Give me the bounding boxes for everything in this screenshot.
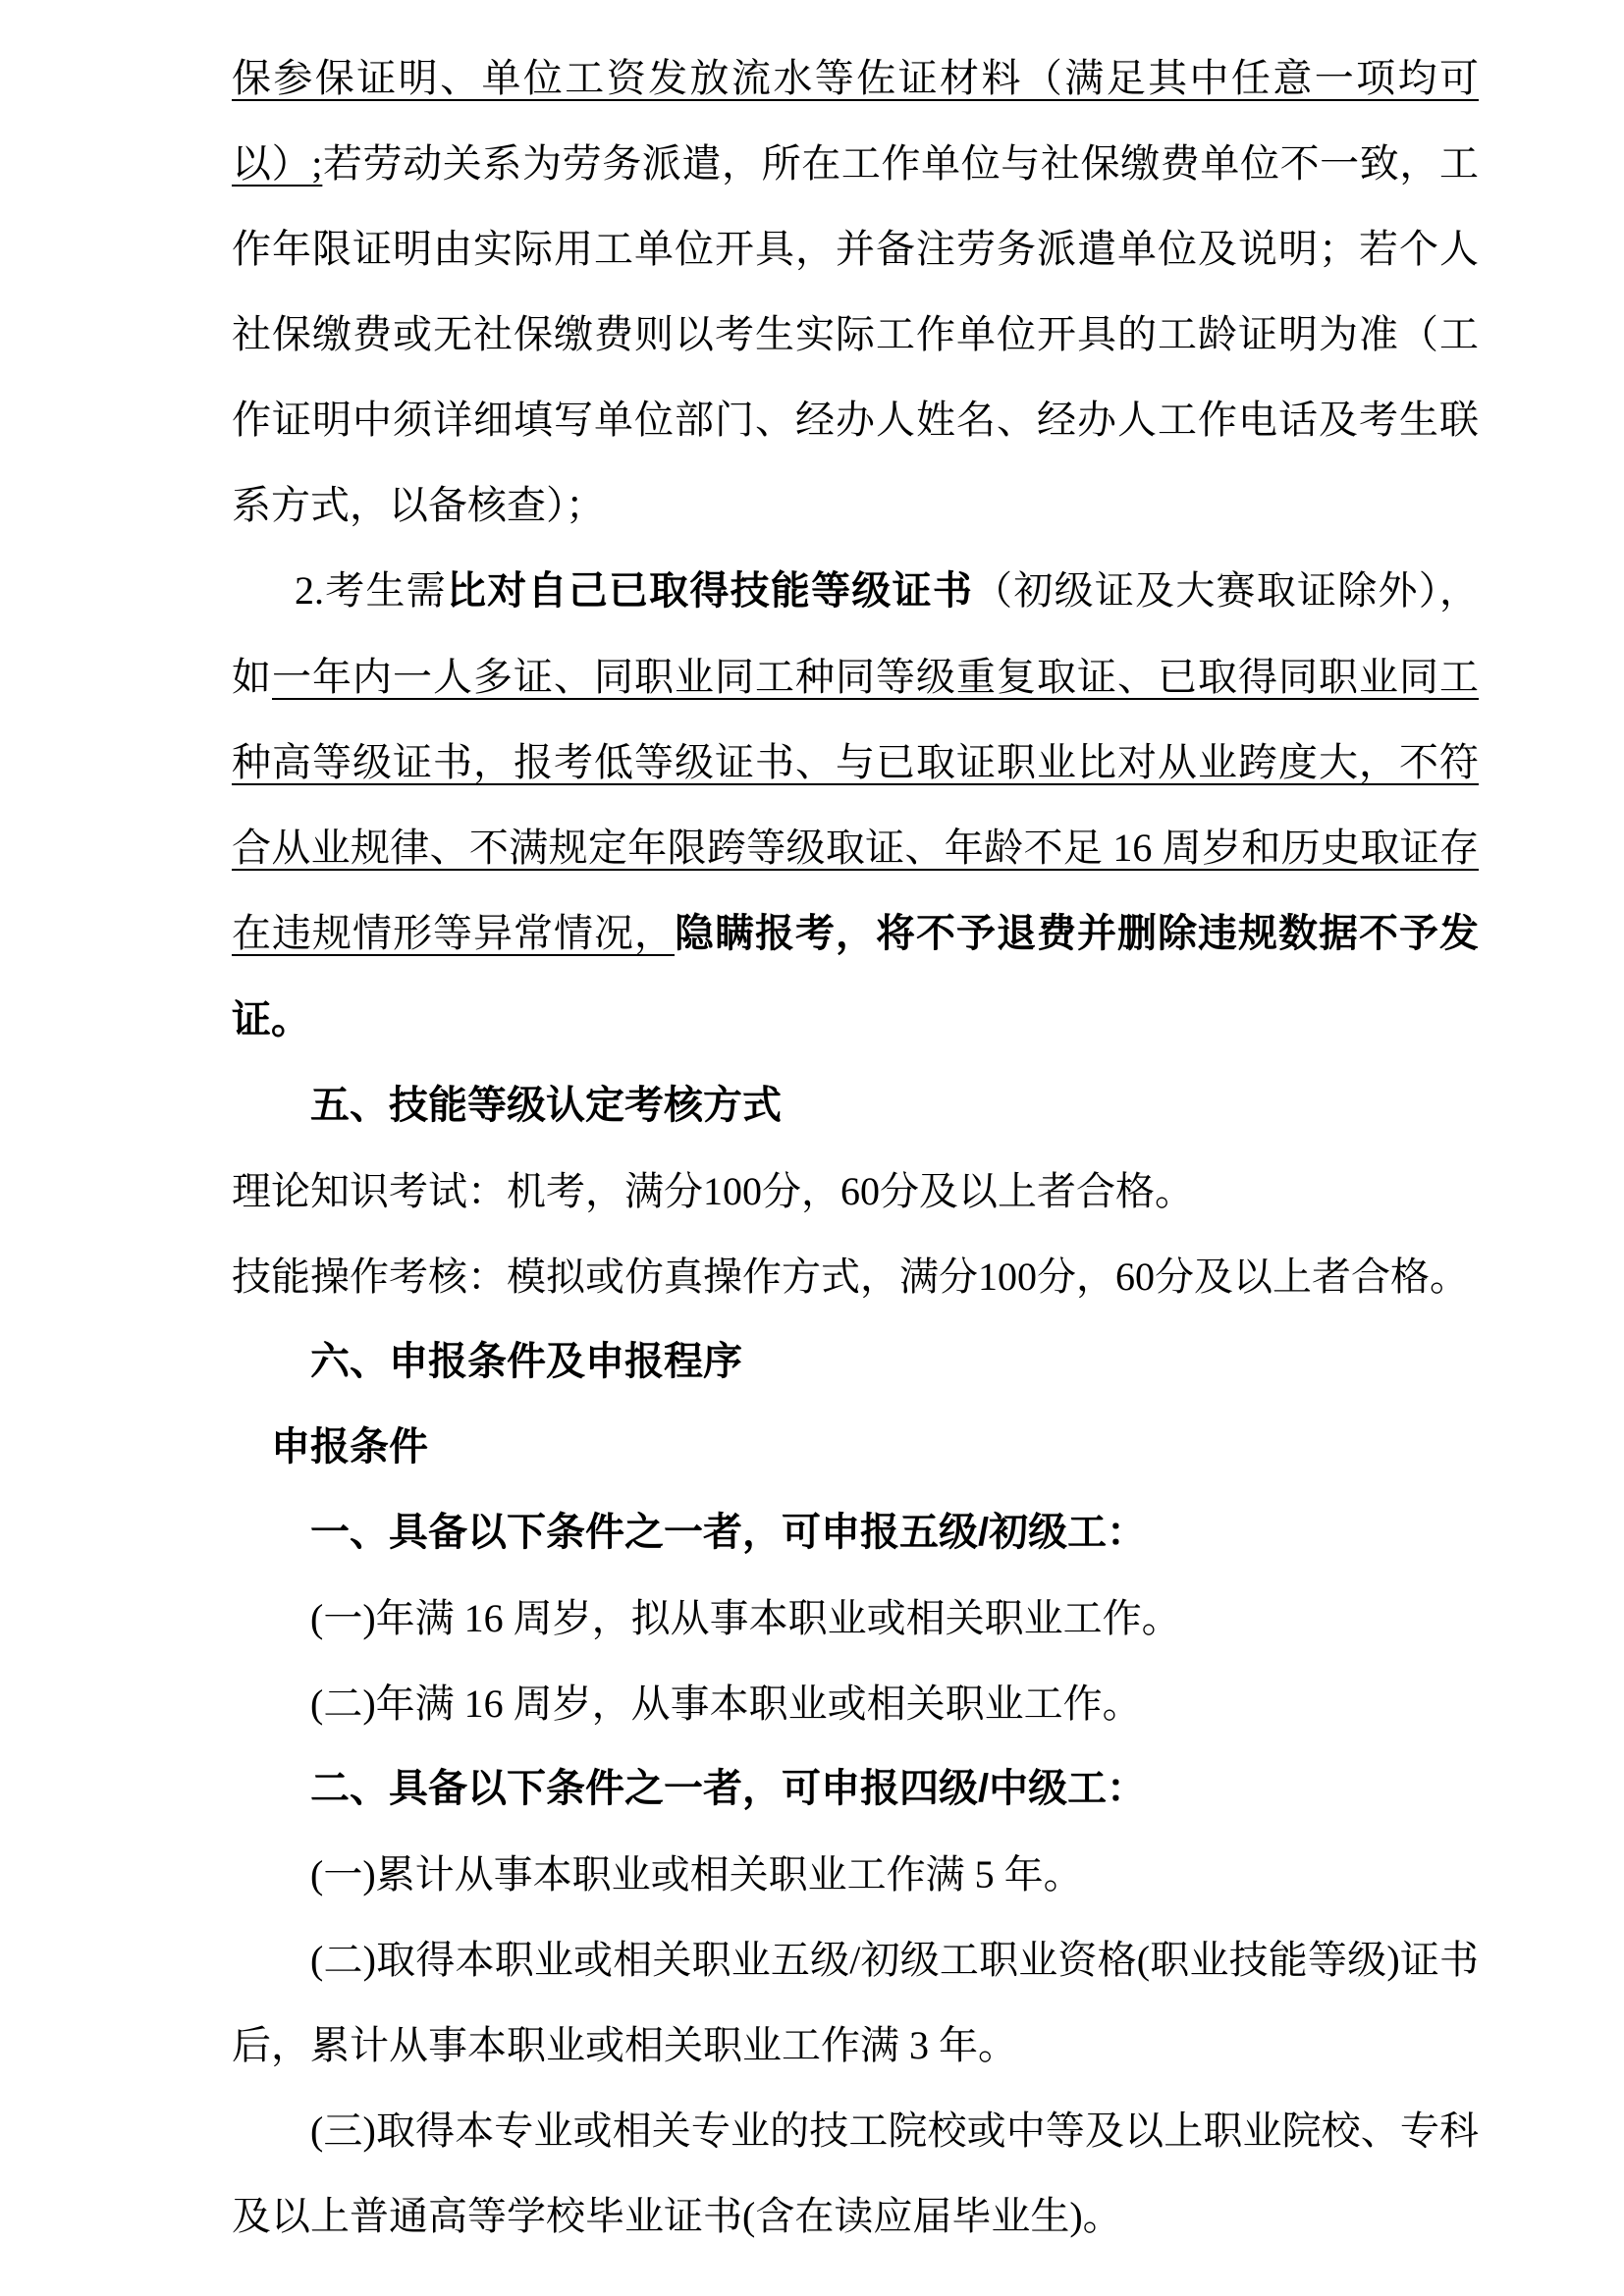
heading-level4-conditions: 二、具备以下条件之一者，可申报四级/中级工： xyxy=(232,1746,1479,1832)
line-skill-assessment: 技能操作考核：模拟或仿真操作方式，满分100分，60分及以上者合格。 xyxy=(232,1234,1479,1319)
line-theory-exam: 理论知识考试：机考，满分100分，60分及以上者合格。 xyxy=(232,1148,1479,1234)
item-level5-condition-1: (一)年满 16 周岁，拟从事本职业或相关职业工作。 xyxy=(232,1575,1479,1661)
candidate-lead-text: 2.考生需 xyxy=(295,568,447,613)
document-page: 保参保证明、单位工资发放流水等佐证材料（满足其中任意一项均可以）;若劳动关系为劳… xyxy=(0,0,1624,2296)
item-level4-condition-3: (三)取得本专业或相关专业的技工院校或中等及以上职业院校、专科及以上普通高等学校… xyxy=(232,2088,1479,2259)
subheading-application-conditions: 申报条件 xyxy=(232,1405,1479,1490)
document-body: 保参保证明、单位工资发放流水等佐证材料（满足其中任意一项均可以）;若劳动关系为劳… xyxy=(232,35,1479,2259)
heading-section6-application: 六、申报条件及申报程序 xyxy=(232,1319,1479,1405)
paragraph-certificate-comparison: 2.考生需比对自己已取得技能等级证书（初级证及大赛取证除外），如一年内一人多证、… xyxy=(232,548,1479,1063)
labor-dispatch-text: 若劳动关系为劳务派遣，所在工作单位与社保缴费单位不一致，工作年限证明由实际用工单… xyxy=(232,141,1479,527)
paragraph-social-insurance-proof: 保参保证明、单位工资发放流水等佐证材料（满足其中任意一项均可以）;若劳动关系为劳… xyxy=(232,35,1479,548)
item-level4-condition-1: (一)累计从事本职业或相关职业工作满 5 年。 xyxy=(232,1832,1479,1917)
heading-section5-assessment-method: 五、技能等级认定考核方式 xyxy=(232,1063,1479,1148)
bold-compare-requirement: 比对自己已取得技能等级证书 xyxy=(447,569,973,613)
heading-level5-conditions: 一、具备以下条件之一者，可申报五级/初级工： xyxy=(232,1490,1479,1575)
item-level5-condition-2: (二)年满 16 周岁，从事本职业或相关职业工作。 xyxy=(232,1661,1479,1746)
item-level4-condition-2: (二)取得本职业或相关职业五级/初级工职业资格(职业技能等级)证书后，累计从事本… xyxy=(232,1917,1479,2088)
underlined-violation-conditions: 一年内一人多证、同职业同工种同等级重复取证、已取得同职业同工种高等级证书，报考低… xyxy=(232,655,1479,955)
